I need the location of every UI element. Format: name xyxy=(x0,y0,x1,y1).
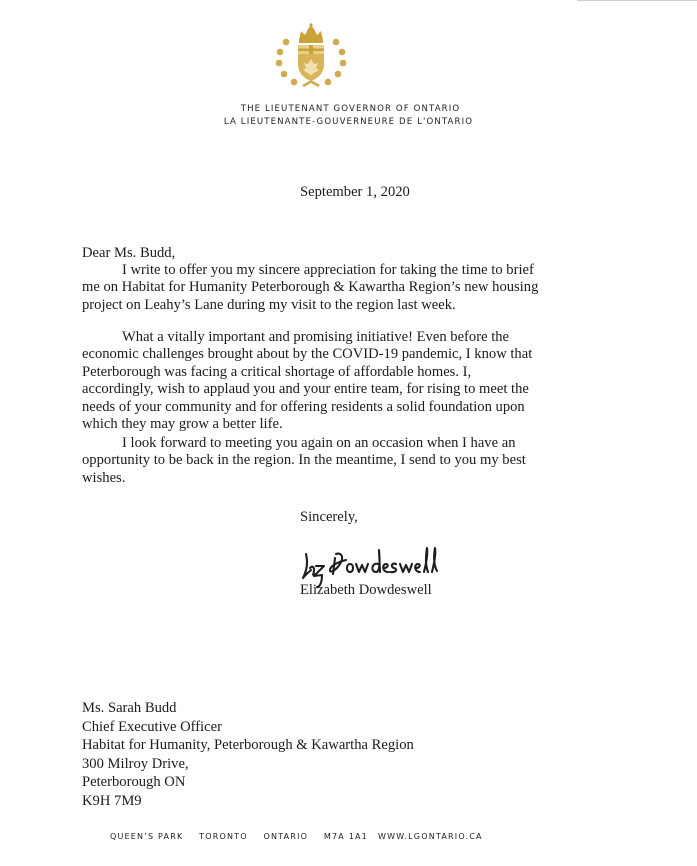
paragraph-line: What a vitally important and promising i… xyxy=(82,329,602,346)
paragraph-line: which they may grow a better life. xyxy=(82,416,602,433)
paragraph-line: economic challenges brought about by the… xyxy=(82,346,602,363)
body-paragraph-3: I look forward to meeting you again on a… xyxy=(82,435,602,487)
crest-icon xyxy=(266,22,356,90)
body-paragraph-2: What a vitally important and promising i… xyxy=(82,329,602,433)
footer-address-part: QUEEN’S PARK xyxy=(110,832,183,841)
paragraph-line: Peterborough was facing a critical short… xyxy=(82,364,602,381)
paragraph-line: I write to offer you my sincere apprecia… xyxy=(82,262,602,279)
recipient-title: Chief Executive Officer xyxy=(82,718,414,737)
recipient-address: Ms. Sarah Budd Chief Executive Officer H… xyxy=(82,699,414,811)
recipient-name: Ms. Sarah Budd xyxy=(82,699,414,718)
paragraph-line: opportunity to be back in the region. In… xyxy=(82,452,602,469)
footer-address-part: ONTARIO xyxy=(264,832,309,841)
paragraph-line: me on Habitat for Humanity Peterborough … xyxy=(82,279,602,296)
recipient-organization: Habitat for Humanity, Peterborough & Kaw… xyxy=(82,736,414,755)
body-paragraph-1: I write to offer you my sincere apprecia… xyxy=(82,262,602,314)
paragraph-line: I look forward to meeting you again on a… xyxy=(82,435,602,452)
signature-icon xyxy=(300,540,490,588)
letter-page: THE LIEUTENANT GOVERNOR OF ONTARIO LA LI… xyxy=(0,0,697,866)
recipient-postal-code: K9H 7M9 xyxy=(82,792,414,811)
letter-date: September 1, 2020 xyxy=(300,184,410,201)
footer-website: WWW.LGONTARIO.CA xyxy=(378,832,483,841)
footer-address: QUEEN’S PARK TORONTO ONTARIO M7A 1A1 xyxy=(110,832,380,841)
closing: Sincerely, xyxy=(300,509,358,526)
scan-edge xyxy=(577,0,697,1)
signer-name: Elizabeth Dowdeswell xyxy=(300,582,432,599)
paragraph-line: needs of your community and for offering… xyxy=(82,399,602,416)
footer-address-part: M7A 1A1 xyxy=(324,832,368,841)
paragraph-line: project on Leahy’s Lane during my visit … xyxy=(82,297,602,314)
footer-address-part: TORONTO xyxy=(199,832,248,841)
letterhead-title-fr: LA LIEUTENANTE-GOUVERNEURE DE L'ONTARIO xyxy=(0,117,697,127)
letterhead-title-en: THE LIEUTENANT GOVERNOR OF ONTARIO xyxy=(0,104,697,114)
paragraph-line: accordingly, wish to applaud you and you… xyxy=(82,381,602,398)
salutation: Dear Ms. Budd, xyxy=(82,245,175,262)
recipient-city: Peterborough ON xyxy=(82,773,414,792)
paragraph-line: wishes. xyxy=(82,470,602,487)
recipient-street: 300 Milroy Drive, xyxy=(82,755,414,774)
